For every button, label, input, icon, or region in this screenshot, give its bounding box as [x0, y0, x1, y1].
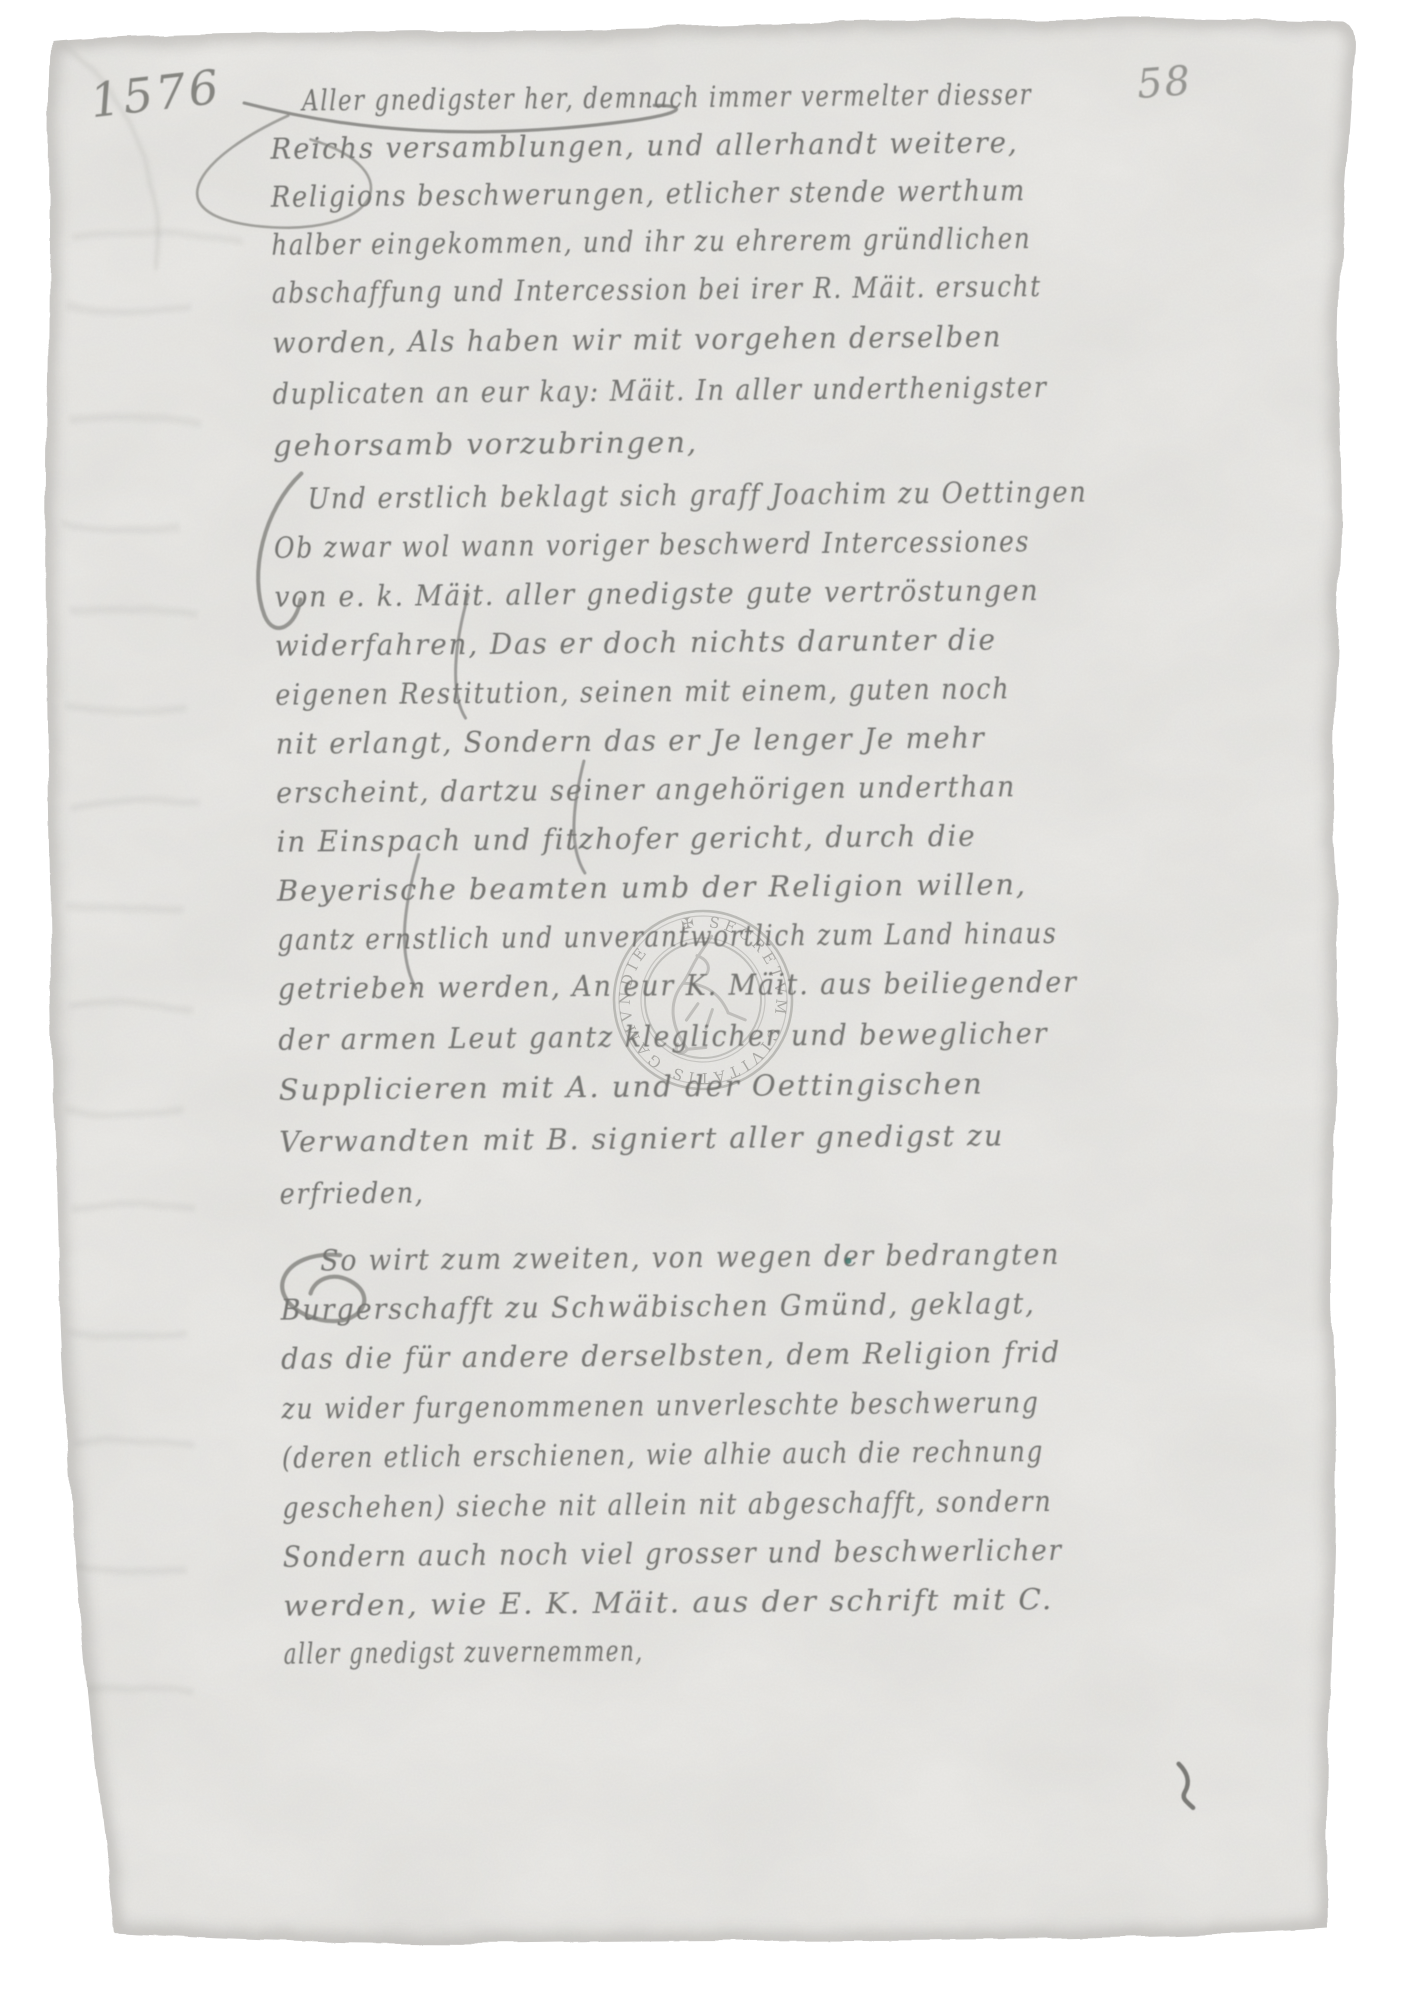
paragraph-3: So wirt zum zweiten, von wegen der bedra…	[279, 1237, 1064, 1671]
manuscript-line: widerfahren, Das er doch nichts darunter…	[275, 622, 997, 662]
manuscript-line: Sondern auch noch viel grosser und besch…	[283, 1533, 1063, 1574]
manuscript-line: gantz ernstlich und unverantwortlich zum…	[277, 916, 1057, 957]
manuscript-line: Aller gnedigster her, demnach immer verm…	[300, 77, 1033, 117]
manuscript-line: von e. k. Mäit. aller gnedigste gute ver…	[274, 573, 1039, 614]
manuscript-line: werden, wie E. K. Mäit. aus der schrift …	[283, 1582, 1053, 1623]
scanned-manuscript-page: ✠ SECRETVM CIVITATIS GAMVNDIE 1576 58 Al…	[0, 0, 1406, 1999]
manuscript-line: halber eingekommen, und ihr zu ehrerem g…	[271, 221, 1031, 262]
manuscript-line: (deren etlich erschienen, wie alhie auch…	[282, 1434, 1044, 1475]
manuscript-line: getrieben werden, An eur K. Mäit. aus be…	[278, 965, 1078, 1006]
manuscript-line: Beyerische beamten umb der Religion will…	[276, 867, 1027, 908]
manuscript-line: Supplicieren mit A. und der Oettingische…	[279, 1067, 984, 1107]
manuscript-line: Religions beschwerungen, etlicher stende…	[270, 173, 1026, 214]
manuscript-canvas: ✠ SECRETVM CIVITATIS GAMVNDIE 1576 58 Al…	[0, 0, 1406, 1999]
manuscript-line: Ob zwar wol wann voriger beschwerd Inter…	[274, 524, 1030, 565]
manuscript-line: aller gnedigst zuvernemmen,	[284, 1634, 644, 1671]
manuscript-line: Reichs versamblungen, und allerhandt wei…	[269, 125, 1018, 166]
manuscript-line: Burgerschafft zu Schwäbischen Gmünd, gek…	[280, 1286, 1036, 1327]
manuscript-line: der armen Leut gantz kleglicher und bewe…	[278, 1016, 1048, 1057]
manuscript-line: abschaffung und Intercession bei irer R.…	[272, 269, 1042, 310]
paragraph-2: Und erstlich beklagt sich graff Joachim …	[272, 475, 1093, 1211]
folio-number: 58	[1135, 58, 1193, 108]
manuscript-line: erfrieden,	[280, 1175, 425, 1210]
manuscript-line: worden, Als haben wir mit vorgehen derse…	[272, 319, 1002, 359]
ink-speck	[845, 1258, 851, 1264]
manuscript-line: duplicaten an eur kay: Mäit. In aller un…	[273, 370, 1048, 411]
manuscript-line: Und erstlich beklagt sich graff Joachim …	[307, 475, 1087, 516]
manuscript-line: geschehen) sieche nit allein nit abgesch…	[282, 1484, 1052, 1525]
manuscript-line: eigenen Restitution, seinen mit einem, g…	[275, 671, 1010, 711]
manuscript-line: in Einspach und fitzhofer gericht, durch…	[276, 819, 976, 859]
manuscript-line: das die für andere derselbsten, dem Reli…	[281, 1335, 1061, 1376]
manuscript-line: zu wider furgenommenen unverleschte besc…	[281, 1385, 1040, 1426]
manuscript-line: erscheint, dartzu seiner angehörigen und…	[276, 769, 1016, 809]
manuscript-line: nit erlangt, Sondern das er Je lenger Je…	[276, 721, 986, 761]
manuscript-line: Verwandten mit B. signiert aller gnedigs…	[279, 1118, 1004, 1158]
manuscript-line: gehorsamb vorzubringen,	[273, 425, 698, 463]
manuscript-line: So wirt zum zweiten, von wegen der bedra…	[320, 1237, 1060, 1277]
